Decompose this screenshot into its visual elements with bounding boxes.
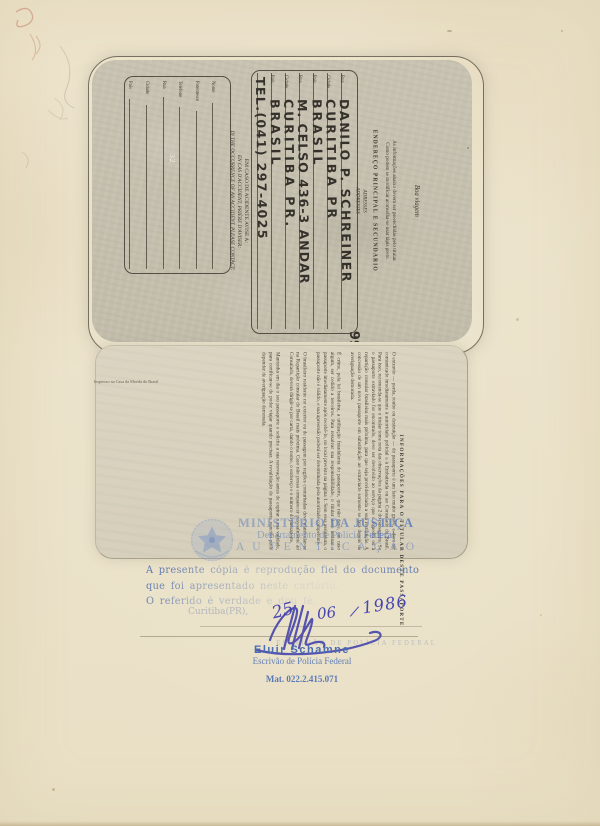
form-row: TEL.(041) 297-4025 <box>256 71 270 333</box>
passport-back-rotated-content: Boa viagem As informações abaixo devem s… <box>92 60 472 342</box>
field-underline <box>146 105 147 269</box>
field-underline <box>196 111 197 269</box>
blank-form-row: Cidade <box>145 77 162 273</box>
fill-note-2-text: Como podem se modificar aconselha-se usa… <box>384 142 390 260</box>
national-seal-stamp-icon <box>183 512 243 572</box>
field-underline <box>129 99 130 269</box>
paper-speck <box>516 318 519 321</box>
paper-speck <box>447 30 452 32</box>
field-underline <box>163 97 164 269</box>
officer-title-stamp: Escrivão de Polícia Federal <box>202 656 402 666</box>
officer-name-stamp: Eluir Schamne <box>202 644 402 656</box>
form-row: Rua M. CELSO 436-3 ANDAR <box>298 71 312 333</box>
handwritten-suffix: 99 <box>346 331 361 342</box>
blank-form-row: País <box>128 77 145 273</box>
blank-form-row: Rua <box>162 77 179 273</box>
field-underline <box>179 107 180 269</box>
paper-speck <box>561 30 563 32</box>
address-form-box: Rua DANILO P. SCHREINER 99 Cidade CURITI… <box>251 70 358 334</box>
blank-form-row: Nome <box>211 77 228 273</box>
passport-back-spread-photocopy: Boa viagem As informações abaixo devem s… <box>88 56 484 354</box>
greeting-text: Boa viagem <box>413 185 421 217</box>
field-label: Telefone <box>178 81 183 97</box>
paper-speck <box>467 147 469 149</box>
form-row: País BRASIL <box>270 71 284 333</box>
field-label: Nome <box>211 81 216 92</box>
place-line: Curitiba(PR), <box>188 607 248 617</box>
paper-speck <box>52 788 55 791</box>
field-label: País <box>128 81 133 89</box>
field-label: Rua <box>162 81 167 89</box>
field-label: Parentesco <box>195 81 200 101</box>
form-row: Cidade CURITIBA PR <box>326 71 340 333</box>
greeting-line: Boa viagem <box>404 60 422 342</box>
field-underline <box>212 103 213 269</box>
paper-speck <box>540 614 542 616</box>
signature-rule-line <box>140 636 418 637</box>
passport-back-spread-surface: Boa viagem As informações abaixo devem s… <box>92 60 472 342</box>
field-label: Cidade <box>145 81 150 94</box>
ministry-stamp-line: MINISTÉRIO DA JUSTIÇA <box>236 516 416 531</box>
blank-form-row: Parentesco <box>195 77 212 273</box>
department-stamp-line: Departamento de Polícia Federal <box>226 530 426 541</box>
authentication-stamp-word: AUTENTICAÇÃO <box>236 541 416 553</box>
page-number: 32 <box>168 154 177 164</box>
scanned-document-page: Boa viagem As informações abaixo devem s… <box>0 0 600 826</box>
mint-imprint: Impresso na Casa da Moeda do Brasil <box>94 379 158 384</box>
auth-text-line-2: que foi apresentado neste cartório. <box>146 581 339 592</box>
auth-text-line-1: A presente cópia é reprodução fiel do do… <box>146 565 419 576</box>
form-row: País BRASIL <box>312 71 326 333</box>
blank-form-row: Telefone <box>178 77 195 273</box>
emergency-contact-box: Nome Parentesco Telefone Rua <box>124 76 231 274</box>
form-row: Cidade CURITIBA PR. <box>284 71 298 333</box>
officer-registration-stamp: Mat. 022.2.415.071 <box>202 674 402 684</box>
scan-bottom-edge-shadow <box>0 821 600 826</box>
handwritten-value: TEL.(041) 297-4025 <box>253 77 270 240</box>
form-row: Rua DANILO P. SCHREINER 99 <box>340 71 354 333</box>
